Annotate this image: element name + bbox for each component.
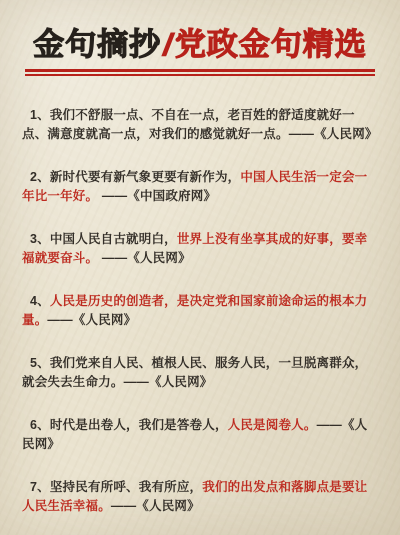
- quote-text-segment: 5、我们党来自人民、植根人民、服务人民，一旦脱离群众，就会失去生命力。——《人民…: [22, 356, 367, 389]
- quote-text-segment: ——《人民网》: [98, 251, 191, 265]
- quote-text-segment: ——《人民网》: [47, 313, 136, 327]
- title-red-part: 党政金句精选: [175, 27, 367, 62]
- quote-item-1: 1、我们不舒服一点、不自在一点，老百姓的舒适度就好一点、满意度就高一点，对我们的…: [22, 106, 378, 144]
- title-slash: /: [161, 27, 175, 62]
- quote-item-6: 6、时代是出卷人，我们是答卷人，人民是阅卷人。——《人民网》: [22, 416, 378, 454]
- title-underline-bottom: [25, 74, 375, 76]
- quote-item-4: 4、人民是历史的创造者，是决定党和国家前途命运的根本力量。——《人民网》: [22, 292, 378, 330]
- quote-card-poster: 金句摘抄/党政金句精选 1、我们不舒服一点、不自在一点，老百姓的舒适度就好一点、…: [0, 0, 400, 535]
- quote-text-segment: 7、坚持民有所呼、我有所应，: [30, 480, 202, 494]
- title-underline-top: [25, 69, 375, 72]
- quote-text-segment: 1、我们不舒服一点、不自在一点，老百姓的舒适度就好一点、满意度就高一点，对我们的…: [22, 108, 378, 141]
- quote-item-5: 5、我们党来自人民、植根人民、服务人民，一旦脱离群众，就会失去生命力。——《人民…: [22, 354, 378, 392]
- page-title: 金句摘抄/党政金句精选: [0, 28, 400, 62]
- quote-list: 1、我们不舒服一点、不自在一点，老百姓的舒适度就好一点、满意度就高一点，对我们的…: [22, 106, 378, 516]
- quote-text-segment: ——《人民网》: [111, 499, 200, 513]
- title-underline: [25, 69, 375, 76]
- quote-text-segment: 6、时代是出卷人，我们是答卷人，: [30, 418, 228, 432]
- quote-text-segment: 2、新时代要有新气象更要有新作为，: [30, 170, 240, 184]
- quote-item-3: 3、中国人民自古就明白，世界上没有坐享其成的好事，要幸福就要奋斗。 ——《人民网…: [22, 230, 378, 268]
- quote-item-7: 7、坚持民有所呼、我有所应，我们的出发点和落脚点是要让人民生活幸福。——《人民网…: [22, 478, 378, 516]
- quote-text-segment: 3、中国人民自古就明白，: [30, 232, 177, 246]
- title-black-part: 金句摘抄: [33, 27, 161, 62]
- quote-highlight-segment: 人民是阅卷人。: [228, 418, 317, 432]
- quote-text-segment: ——《中国政府网》: [98, 189, 216, 203]
- header: 金句摘抄/党政金句精选: [0, 0, 400, 76]
- quote-item-2: 2、新时代要有新气象更要有新作为，中国人民生活一定会一年比一年好。 ——《中国政…: [22, 168, 378, 206]
- quote-text-segment: 4、: [30, 294, 50, 308]
